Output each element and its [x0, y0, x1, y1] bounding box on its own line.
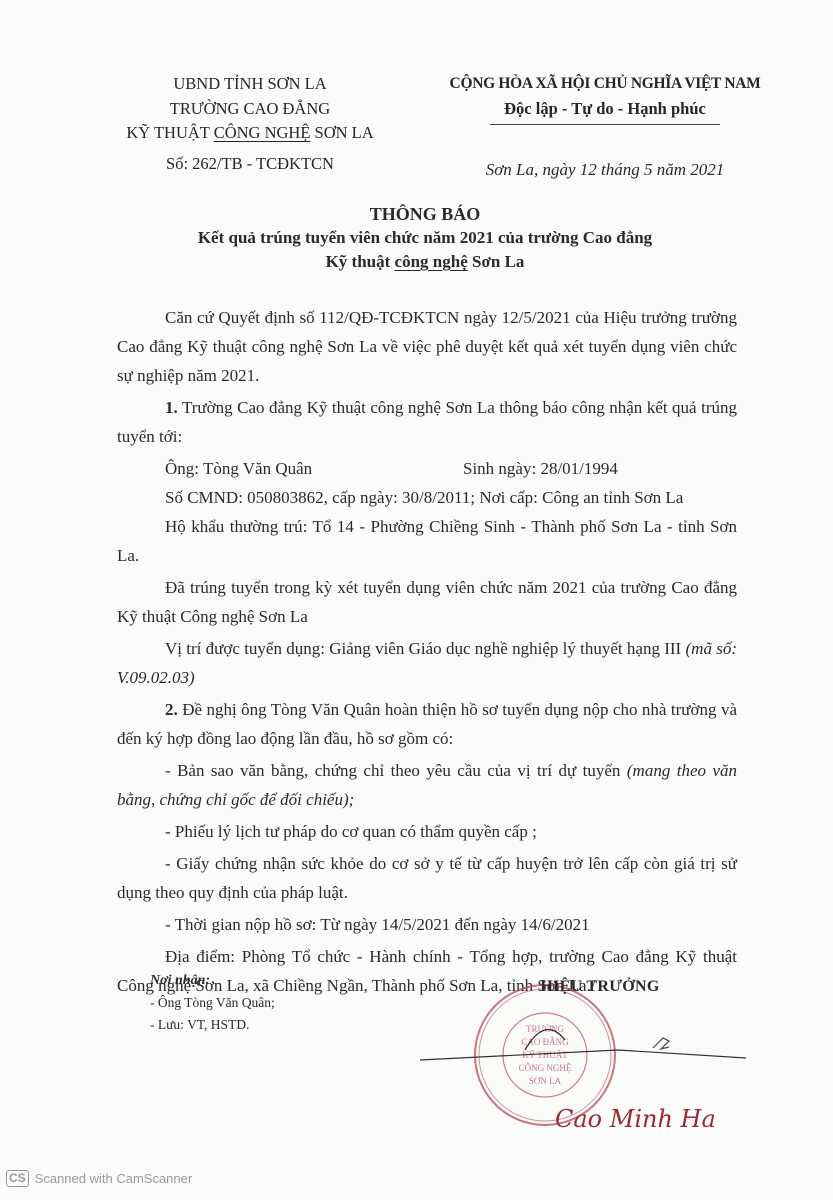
recipient-item: - Lưu: VT, HSTD. [150, 1014, 275, 1036]
camscanner-watermark: CS Scanned with CamScanner [6, 1170, 192, 1187]
requirement-2: - Phiếu lý lịch tư pháp do cơ quan có th… [117, 817, 737, 846]
document-number: Số: 262/TB - TCĐKTCN [100, 152, 400, 177]
item-1: 1. Trường Cao đẳng Kỹ thuật công nghệ Sơ… [117, 393, 737, 451]
submission-deadline: - Thời gian nộp hồ sơ: Từ ngày 14/5/2021… [117, 910, 737, 939]
recipients-block: Nơi nhận: - Ông Tòng Văn Quân; - Lưu: VT… [150, 970, 275, 1036]
passed-statement: Đã trúng tuyển trong kỳ xét tuyển dụng v… [117, 573, 737, 631]
position: Vị trí được tuyển dụng: Giảng viên Giáo … [117, 634, 737, 692]
item-2: 2. Đề nghị ông Tòng Văn Quân hoàn thiện … [117, 695, 737, 753]
legal-basis: Căn cứ Quyết định số 112/QĐ-TCĐKTCN ngày… [117, 303, 737, 390]
title-subtitle-line2: Kỹ thuật công nghệ Sơn La [100, 250, 750, 274]
candidate-row: Ông: Tòng Văn Quân Sinh ngày: 28/01/1994 [117, 454, 737, 483]
requirement-1: - Bản sao văn bằng, chứng chỉ theo yêu c… [117, 756, 737, 814]
title-subtitle-line1: Kết quả trúng tuyển viên chức năm 2021 c… [100, 226, 750, 250]
recipient-item: - Ông Tòng Văn Quân; [150, 992, 275, 1014]
province-committee: UBND TỈNH SƠN LA [100, 72, 400, 97]
candidate-name: Ông: Tòng Văn Quân [165, 454, 463, 483]
signer-role: HIỆU TRƯỞNG [480, 978, 720, 996]
candidate-birthdate: Sinh ngày: 28/01/1994 [463, 454, 618, 483]
svg-text:SƠN LA: SƠN LA [529, 1076, 562, 1086]
camscanner-logo-icon: CS [6, 1170, 29, 1187]
school-name-line2: KỸ THUẬT CÔNG NGHỆ SƠN LA [100, 121, 400, 146]
requirement-3: - Giấy chứng nhận sức khỏe do cơ sở y tế… [117, 849, 737, 907]
motto-divider [490, 124, 720, 125]
candidate-residence: Hộ khẩu thường trú: Tổ 14 - Phường Chiền… [117, 512, 737, 570]
national-heading: CỘNG HÒA XÃ HỘI CHỦ NGHĨA VIỆT NAM Độc l… [410, 72, 800, 125]
school-name-line1: TRƯỜNG CAO ĐẲNG [100, 97, 400, 122]
watermark-text: Scanned with CamScanner [35, 1171, 193, 1186]
signature-block: HIỆU TRƯỞNG [480, 978, 720, 996]
signature-stroke-icon [418, 1030, 748, 1070]
signer-name: Cao Minh Ha [555, 1105, 716, 1133]
candidate-id: Số CMND: 050803862, cấp ngày: 30/8/2011;… [117, 483, 737, 512]
document-title: THÔNG BÁO Kết quả trúng tuyển viên chức … [100, 202, 750, 274]
issuing-authority-block: UBND TỈNH SƠN LA TRƯỜNG CAO ĐẲNG KỸ THUẬ… [100, 72, 400, 176]
title-main: THÔNG BÁO [100, 202, 750, 226]
nation-name: CỘNG HÒA XÃ HỘI CHỦ NGHĨA VIỆT NAM [410, 72, 800, 96]
national-motto: Độc lập - Tự do - Hạnh phúc [410, 96, 800, 122]
recipients-label: Nơi nhận: [150, 970, 275, 992]
document-body: Căn cứ Quyết định số 112/QĐ-TCĐKTCN ngày… [117, 303, 737, 1003]
place-date: Sơn La, ngày 12 tháng 5 năm 2021 [410, 160, 800, 180]
